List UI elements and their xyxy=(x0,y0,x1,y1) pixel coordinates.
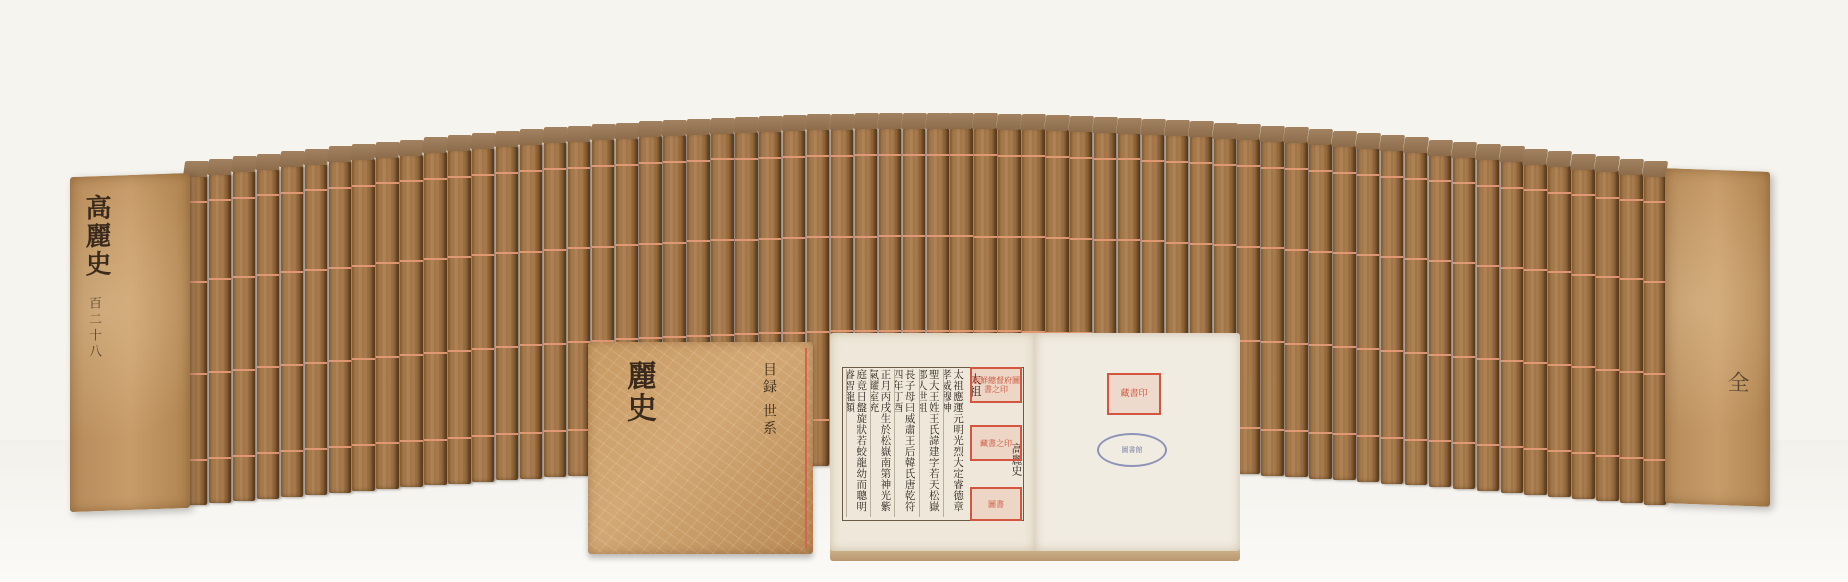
binding-thread xyxy=(735,239,757,241)
binding-thread xyxy=(233,197,255,199)
binding-thread xyxy=(568,429,590,431)
binding-thread xyxy=(616,164,638,166)
open-volume: 太祖應運元明光烈大定睿德章孝威穆神 聖大王姓王氏諱建字若天松嶽郡人世祖 長子母曰… xyxy=(830,333,1240,551)
book-top-edge xyxy=(1570,154,1597,170)
binding-thread xyxy=(1524,448,1546,450)
binding-thread xyxy=(1261,167,1283,169)
binding-thread xyxy=(281,192,303,194)
binding-thread xyxy=(352,358,374,360)
binding-thread xyxy=(448,437,470,439)
book-top-edge xyxy=(661,120,688,136)
book-top-edge xyxy=(1498,146,1525,162)
book-top-edge xyxy=(1140,119,1167,135)
binding-thread xyxy=(209,371,231,373)
binding-thread xyxy=(950,235,972,237)
binding-thread xyxy=(209,278,231,280)
binding-thread xyxy=(1572,194,1594,196)
binding-thread xyxy=(663,242,685,244)
binding-thread xyxy=(1309,432,1331,434)
binding-thread xyxy=(1118,239,1140,241)
oval-library-stamp-icon: 圖書館 xyxy=(1097,433,1167,467)
binding-thread xyxy=(1548,192,1570,194)
binding-thread xyxy=(257,452,279,454)
binding-thread xyxy=(448,256,470,258)
book-top-edge xyxy=(781,115,808,131)
book-top-edge xyxy=(350,144,377,160)
binding-thread xyxy=(1285,343,1307,345)
book-spine xyxy=(1524,163,1546,495)
binding-thread xyxy=(257,274,279,276)
book-spine xyxy=(1477,158,1499,491)
book-top-edge xyxy=(1020,114,1047,130)
binding-thread xyxy=(1357,348,1379,350)
binding-thread xyxy=(639,162,661,164)
binding-thread xyxy=(472,348,494,350)
binding-thread xyxy=(1501,360,1523,362)
binding-thread xyxy=(1285,430,1307,432)
binding-thread xyxy=(592,246,614,248)
book-top-edge xyxy=(231,156,258,172)
binding-thread xyxy=(1381,256,1403,258)
binding-thread xyxy=(616,338,638,340)
text-column: 太祖應運元明光烈大定睿德章孝威穆神 xyxy=(943,369,964,517)
red-seal-icon: 藏書之印 xyxy=(970,425,1022,461)
binding-thread xyxy=(1644,281,1666,283)
binding-thread xyxy=(281,364,303,366)
binding-thread xyxy=(1405,258,1427,260)
binding-thread xyxy=(879,235,901,237)
book-top-edge xyxy=(1187,121,1214,137)
binding-thread xyxy=(1381,437,1403,439)
book-top-edge xyxy=(1259,126,1286,142)
book-top-edge xyxy=(302,149,329,165)
binding-thread xyxy=(831,155,853,157)
binding-thread xyxy=(855,330,877,332)
binding-thread xyxy=(1357,435,1379,437)
book-spine xyxy=(257,168,279,499)
binding-thread xyxy=(1237,246,1259,248)
binding-thread xyxy=(376,442,398,444)
binding-thread xyxy=(281,271,303,273)
binding-thread xyxy=(1429,180,1451,182)
binding-thread xyxy=(1190,243,1212,245)
binding-thread xyxy=(305,362,327,364)
binding-thread xyxy=(472,435,494,437)
binding-thread xyxy=(1524,269,1546,271)
binding-thread xyxy=(1620,371,1642,373)
binding-thread xyxy=(1094,239,1116,241)
book-top-edge xyxy=(1594,156,1621,172)
binding-thread xyxy=(1142,160,1164,162)
text-column: 聖大王姓王氏諱建字若天松嶽郡人世祖 xyxy=(919,369,940,517)
binding-thread xyxy=(1644,201,1666,203)
binding-thread xyxy=(711,239,733,241)
red-seal-icon: 藏書印 xyxy=(1107,373,1161,415)
binding-thread xyxy=(950,154,972,156)
book-top-edge xyxy=(805,114,832,130)
binding-thread xyxy=(1453,442,1475,444)
book-top-edge xyxy=(877,113,904,129)
binding-thread xyxy=(1166,242,1188,244)
binding-thread xyxy=(400,354,422,356)
book-top-edge xyxy=(924,113,951,129)
binding-thread xyxy=(1309,344,1331,346)
binding-thread xyxy=(807,236,829,238)
binding-thread xyxy=(1070,157,1092,159)
binding-thread xyxy=(424,178,446,180)
binding-thread xyxy=(903,154,925,156)
binding-thread xyxy=(544,430,566,432)
book-top-edge xyxy=(1235,124,1262,140)
book-top-edge xyxy=(518,129,545,145)
binding-thread xyxy=(424,439,446,441)
binding-thread xyxy=(711,158,733,160)
binding-thread xyxy=(496,433,518,435)
binding-thread xyxy=(1596,197,1618,199)
left-page: 太祖應運元明光烈大定睿德章孝威穆神 聖大王姓王氏諱建字若天松嶽郡人世祖 長子母曰… xyxy=(830,333,1035,551)
book-top-edge xyxy=(829,114,856,130)
binding-thread xyxy=(1620,199,1642,201)
book-spine xyxy=(1261,140,1283,476)
book-spine xyxy=(352,158,374,491)
binding-thread xyxy=(759,332,781,334)
binding-thread xyxy=(400,260,422,262)
binding-thread xyxy=(950,330,972,332)
book-top-edge xyxy=(948,113,975,129)
book-spine xyxy=(1644,175,1666,505)
binding-thread xyxy=(520,170,542,172)
book-spine xyxy=(472,147,494,482)
binding-thread xyxy=(1501,187,1523,189)
binding-thread xyxy=(1429,354,1451,356)
binding-thread xyxy=(639,337,661,339)
binding-thread xyxy=(233,369,255,371)
binding-thread xyxy=(879,330,901,332)
binding-thread xyxy=(1381,350,1403,352)
binding-thread xyxy=(520,251,542,253)
book-top-edge xyxy=(1307,129,1334,145)
book-top-edge xyxy=(709,118,736,134)
book-top-edge xyxy=(996,114,1023,130)
binding-thread xyxy=(1501,267,1523,269)
binding-thread xyxy=(1548,450,1570,452)
binding-thread xyxy=(233,455,255,457)
book-spine xyxy=(1453,156,1475,489)
binding-thread xyxy=(855,154,877,156)
binding-thread xyxy=(687,335,709,337)
binding-thread xyxy=(1453,182,1475,184)
binding-thread xyxy=(568,167,590,169)
binding-thread xyxy=(1333,252,1355,254)
text-columns: 太祖應運元明光烈大定睿德章孝威穆神 聖大王姓王氏諱建字若天松嶽郡人世祖 長子母曰… xyxy=(846,369,964,517)
binding-thread xyxy=(1261,429,1283,431)
binding-thread xyxy=(1572,452,1594,454)
binding-thread xyxy=(568,341,590,343)
binding-thread xyxy=(1333,172,1355,174)
binding-thread xyxy=(1429,260,1451,262)
binding-thread xyxy=(400,440,422,442)
binding-thread xyxy=(1429,440,1451,442)
binding-thread xyxy=(257,366,279,368)
book-spine xyxy=(544,141,566,477)
red-seal-icon: 朝鮮總督府圖書之印 xyxy=(970,367,1022,403)
binding-thread xyxy=(1070,238,1092,240)
binding-thread xyxy=(855,236,877,238)
book-spine xyxy=(1572,168,1594,499)
book-spine xyxy=(1237,138,1259,474)
binding-thread xyxy=(807,331,829,333)
book-spine xyxy=(1501,160,1523,492)
book-top-edge xyxy=(590,124,617,140)
book-top-edge xyxy=(733,117,760,133)
cover-title: 高麗史 xyxy=(78,194,115,279)
binding-thread xyxy=(1501,446,1523,448)
book-top-edge xyxy=(470,133,497,149)
binding-thread xyxy=(1285,249,1307,251)
book-top-edge xyxy=(613,123,640,139)
binding-thread xyxy=(376,356,398,358)
binding-thread xyxy=(1022,155,1044,157)
binding-thread xyxy=(998,236,1020,238)
book-top-edge xyxy=(1116,118,1143,134)
book-top-edge xyxy=(566,126,593,142)
binding-thread xyxy=(783,332,805,334)
binding-thread xyxy=(807,155,829,157)
book-top-edge xyxy=(637,121,664,137)
book-spine xyxy=(520,143,542,478)
binding-thread xyxy=(1261,341,1283,343)
binding-thread xyxy=(1237,427,1259,429)
binding-thread xyxy=(1572,274,1594,276)
binding-thread xyxy=(305,189,327,191)
binding-thread xyxy=(616,244,638,246)
binding-thread xyxy=(1453,356,1475,358)
binding-thread xyxy=(1190,162,1212,164)
binding-thread xyxy=(520,432,542,434)
binding-thread xyxy=(1046,237,1068,239)
book-spine xyxy=(233,170,255,501)
binding-thread xyxy=(783,237,805,239)
book-spine xyxy=(329,160,351,492)
binding-thread xyxy=(544,343,566,345)
binding-thread xyxy=(927,154,949,156)
book-top-edge xyxy=(1211,123,1238,139)
binding-thread xyxy=(1261,247,1283,249)
book-top-edge xyxy=(972,113,999,129)
binding-thread xyxy=(544,249,566,251)
binding-thread xyxy=(805,348,807,548)
book-top-edge xyxy=(542,127,569,143)
book-spine xyxy=(1357,147,1379,482)
book-top-edge xyxy=(279,151,306,167)
binding-thread xyxy=(1333,346,1355,348)
binding-thread xyxy=(1046,156,1068,158)
binding-thread xyxy=(1285,168,1307,170)
binding-thread xyxy=(735,333,757,335)
binding-thread xyxy=(329,446,351,448)
binding-thread xyxy=(209,199,231,201)
binding-thread xyxy=(592,165,614,167)
binding-thread xyxy=(1142,240,1164,242)
binding-thread xyxy=(998,155,1020,157)
book-spine xyxy=(1405,151,1427,485)
book-top-edge xyxy=(1403,137,1430,153)
binding-thread xyxy=(1453,262,1475,264)
binding-thread xyxy=(903,235,925,237)
book-top-edge xyxy=(1379,135,1406,151)
binding-thread xyxy=(974,154,996,156)
binding-thread xyxy=(329,360,351,362)
right-end-volume-cover: 全 xyxy=(1665,168,1770,507)
binding-thread xyxy=(568,247,590,249)
binding-thread xyxy=(1596,455,1618,457)
binding-thread xyxy=(639,243,661,245)
book-top-edge xyxy=(1092,117,1119,133)
book-spine xyxy=(1333,145,1355,480)
binding-thread xyxy=(472,174,494,176)
binding-thread xyxy=(1524,362,1546,364)
binding-thread xyxy=(903,330,925,332)
closed-volume-subtitle: 目録 世系 xyxy=(759,362,779,437)
book-top-edge xyxy=(255,154,282,170)
binding-thread xyxy=(1644,373,1666,375)
book-top-edge xyxy=(853,113,880,129)
book-spine xyxy=(1548,165,1570,497)
binding-thread xyxy=(472,254,494,256)
binding-thread xyxy=(783,156,805,158)
binding-thread xyxy=(544,168,566,170)
binding-thread xyxy=(496,252,518,254)
binding-thread xyxy=(1022,236,1044,238)
book-spine xyxy=(568,140,590,476)
binding-thread xyxy=(735,158,757,160)
binding-thread xyxy=(1405,352,1427,354)
book-top-edge xyxy=(1451,142,1478,158)
text-column: 長子母曰威肅王后韓氏唐乾符四年丁酉 xyxy=(894,369,915,517)
book-spine xyxy=(281,165,303,497)
closed-volume-title: 麗史 xyxy=(616,360,660,424)
binding-thread xyxy=(831,236,853,238)
binding-thread xyxy=(1644,459,1666,461)
binding-thread xyxy=(711,334,733,336)
book-top-edge xyxy=(398,140,425,156)
binding-thread xyxy=(305,448,327,450)
binding-thread xyxy=(1357,254,1379,256)
binding-thread xyxy=(329,267,351,269)
book-spine xyxy=(496,145,518,480)
book-spine xyxy=(1429,154,1451,488)
binding-thread xyxy=(663,336,685,338)
book-top-edge xyxy=(1283,127,1310,143)
binding-thread xyxy=(496,346,518,348)
binding-thread xyxy=(1094,158,1116,160)
binding-thread xyxy=(1596,276,1618,278)
book-top-edge xyxy=(1522,149,1549,165)
binding-thread xyxy=(1309,251,1331,253)
book-top-edge xyxy=(494,131,521,147)
book-top-edge xyxy=(326,146,353,162)
binding-thread xyxy=(1477,265,1499,267)
binding-thread xyxy=(376,262,398,264)
binding-thread xyxy=(1620,278,1642,280)
binding-thread xyxy=(424,352,446,354)
binding-thread xyxy=(1548,271,1570,273)
binding-thread xyxy=(1524,189,1546,191)
binding-thread xyxy=(759,238,781,240)
binding-thread xyxy=(352,444,374,446)
book-spine xyxy=(1596,170,1618,501)
binding-thread xyxy=(352,265,374,267)
binding-thread xyxy=(209,457,231,459)
binding-thread xyxy=(424,258,446,260)
book-top-edge xyxy=(446,135,473,151)
binding-thread xyxy=(1596,369,1618,371)
book-spine xyxy=(1309,143,1331,478)
binding-thread xyxy=(496,172,518,174)
book-top-edge xyxy=(1546,151,1573,167)
book-top-edge xyxy=(207,159,234,175)
binding-thread xyxy=(329,187,351,189)
book-top-edge xyxy=(1475,144,1502,160)
red-seal-icon: 圖書 xyxy=(970,487,1022,521)
binding-thread xyxy=(687,240,709,242)
book-spine xyxy=(209,173,231,503)
binding-thread xyxy=(1405,439,1427,441)
book-top-edge xyxy=(1427,140,1454,156)
binding-thread xyxy=(663,161,685,163)
left-end-volume-cover: 高麗史 百二十八 xyxy=(70,173,190,512)
book-spine xyxy=(424,151,446,485)
binding-thread xyxy=(1405,178,1427,180)
binding-thread xyxy=(1166,161,1188,163)
binding-thread xyxy=(305,269,327,271)
book-top-edge xyxy=(900,113,927,129)
binding-thread xyxy=(1381,176,1403,178)
binding-thread xyxy=(281,450,303,452)
text-column: 庭竟日盤旋狀若蛟龍幼而聰明睿智龍顏 xyxy=(846,369,867,517)
book-spine xyxy=(1381,149,1403,483)
binding-thread xyxy=(1357,174,1379,176)
binding-thread xyxy=(1118,158,1140,160)
cover-note: 百二十八 xyxy=(84,296,103,361)
right-page: 藏書印 圖書館 xyxy=(1035,333,1240,551)
binding-thread xyxy=(759,157,781,159)
cover-note: 全 xyxy=(1721,370,1752,396)
book-top-edge xyxy=(1355,133,1382,149)
binding-thread xyxy=(352,185,374,187)
book-spine xyxy=(448,149,470,483)
binding-thread xyxy=(974,236,996,238)
binding-thread xyxy=(257,194,279,196)
binding-thread xyxy=(448,350,470,352)
book-spine xyxy=(400,154,422,488)
binding-thread xyxy=(1309,170,1331,172)
book-spine xyxy=(1620,173,1642,503)
binding-thread xyxy=(1214,164,1236,166)
closed-volume: 麗史 目録 世系 xyxy=(588,342,813,554)
binding-thread xyxy=(376,182,398,184)
binding-thread xyxy=(1477,185,1499,187)
binding-thread xyxy=(520,344,542,346)
binding-thread xyxy=(879,154,901,156)
binding-thread xyxy=(1214,244,1236,246)
binding-thread xyxy=(1237,340,1259,342)
binding-thread xyxy=(1477,444,1499,446)
book-top-edge xyxy=(1044,115,1071,131)
book-top-edge xyxy=(1164,120,1191,136)
binding-thread xyxy=(1620,457,1642,459)
binding-thread xyxy=(400,180,422,182)
